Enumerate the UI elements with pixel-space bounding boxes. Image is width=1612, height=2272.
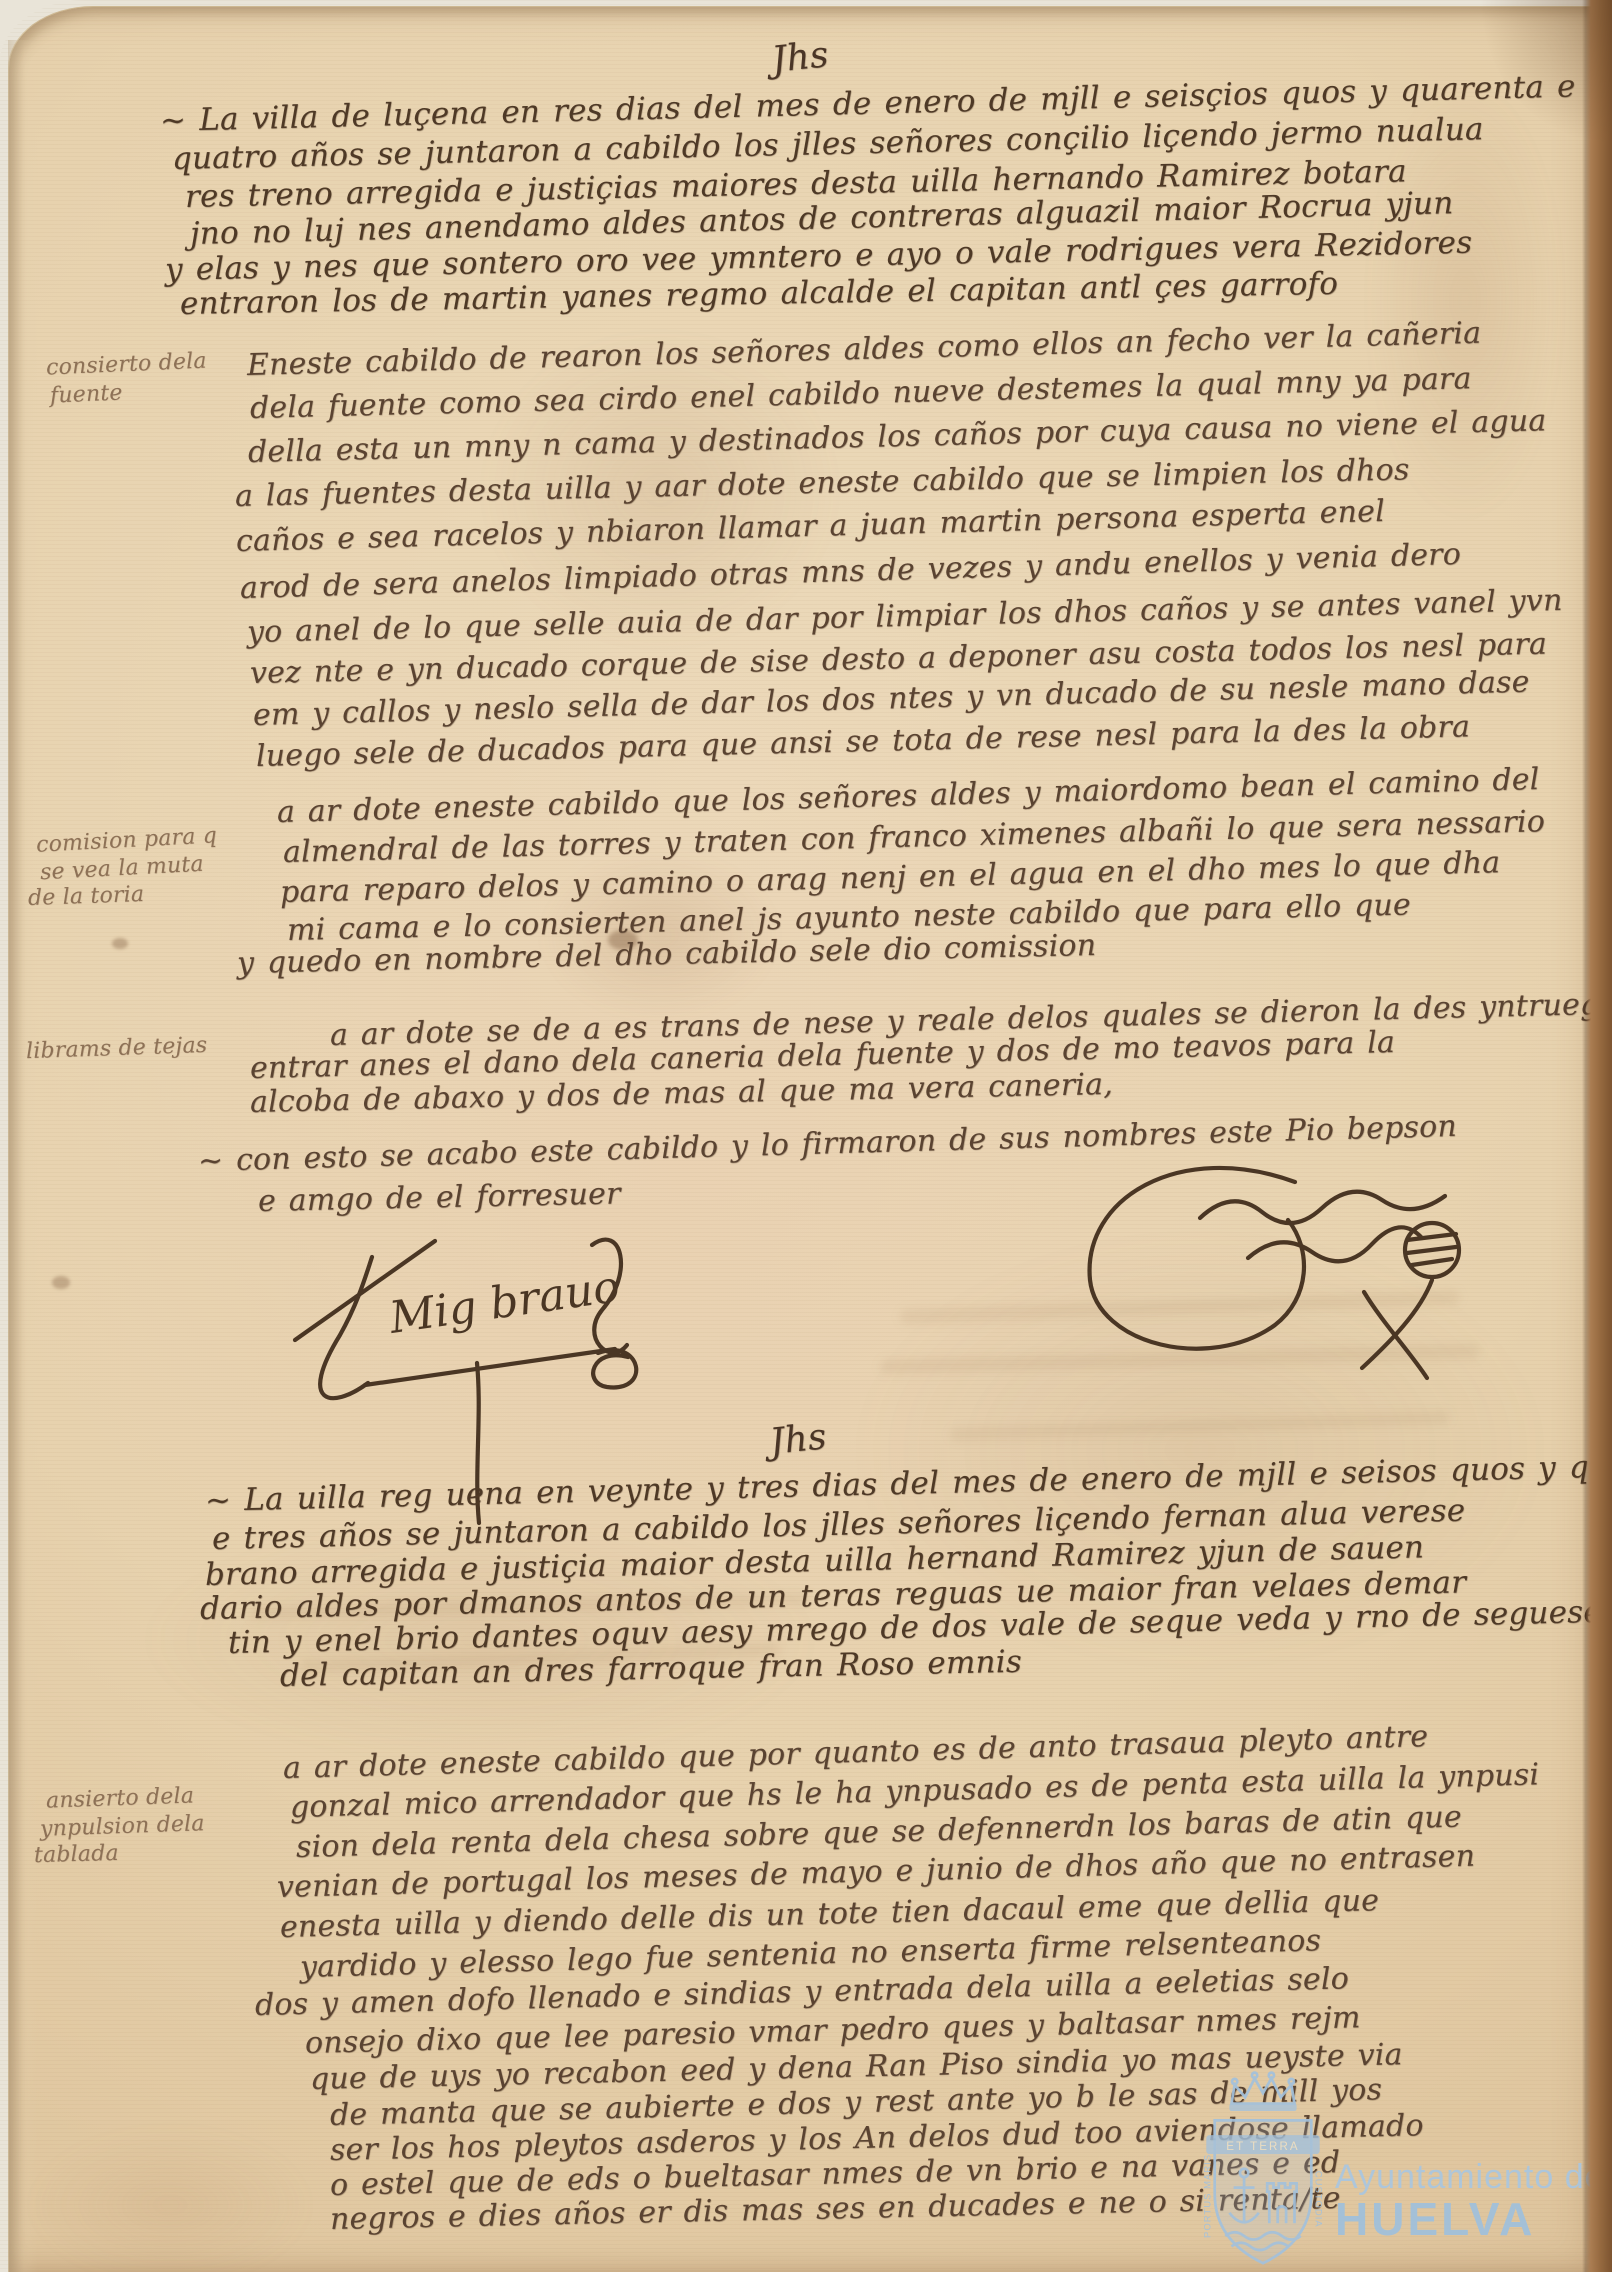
manuscript-scan: Jhs ~ La villa de luçena en res dias del… [0,0,1612,2272]
christogram: Jhs [768,1418,828,1462]
binding-edge [1582,0,1612,2272]
margin-note: fuente [49,380,123,408]
manuscript-line: e amgo de el forresuer [258,1178,621,1217]
margin-note: de la toria [28,882,145,911]
margin-note: ansierto dela [46,1783,195,1813]
signature-name-text: Mig brauo [385,1261,622,1344]
margin-note: tablada [34,1841,119,1869]
signature-rubric-right [1060,1140,1510,1400]
christogram: Jhs [770,36,830,80]
